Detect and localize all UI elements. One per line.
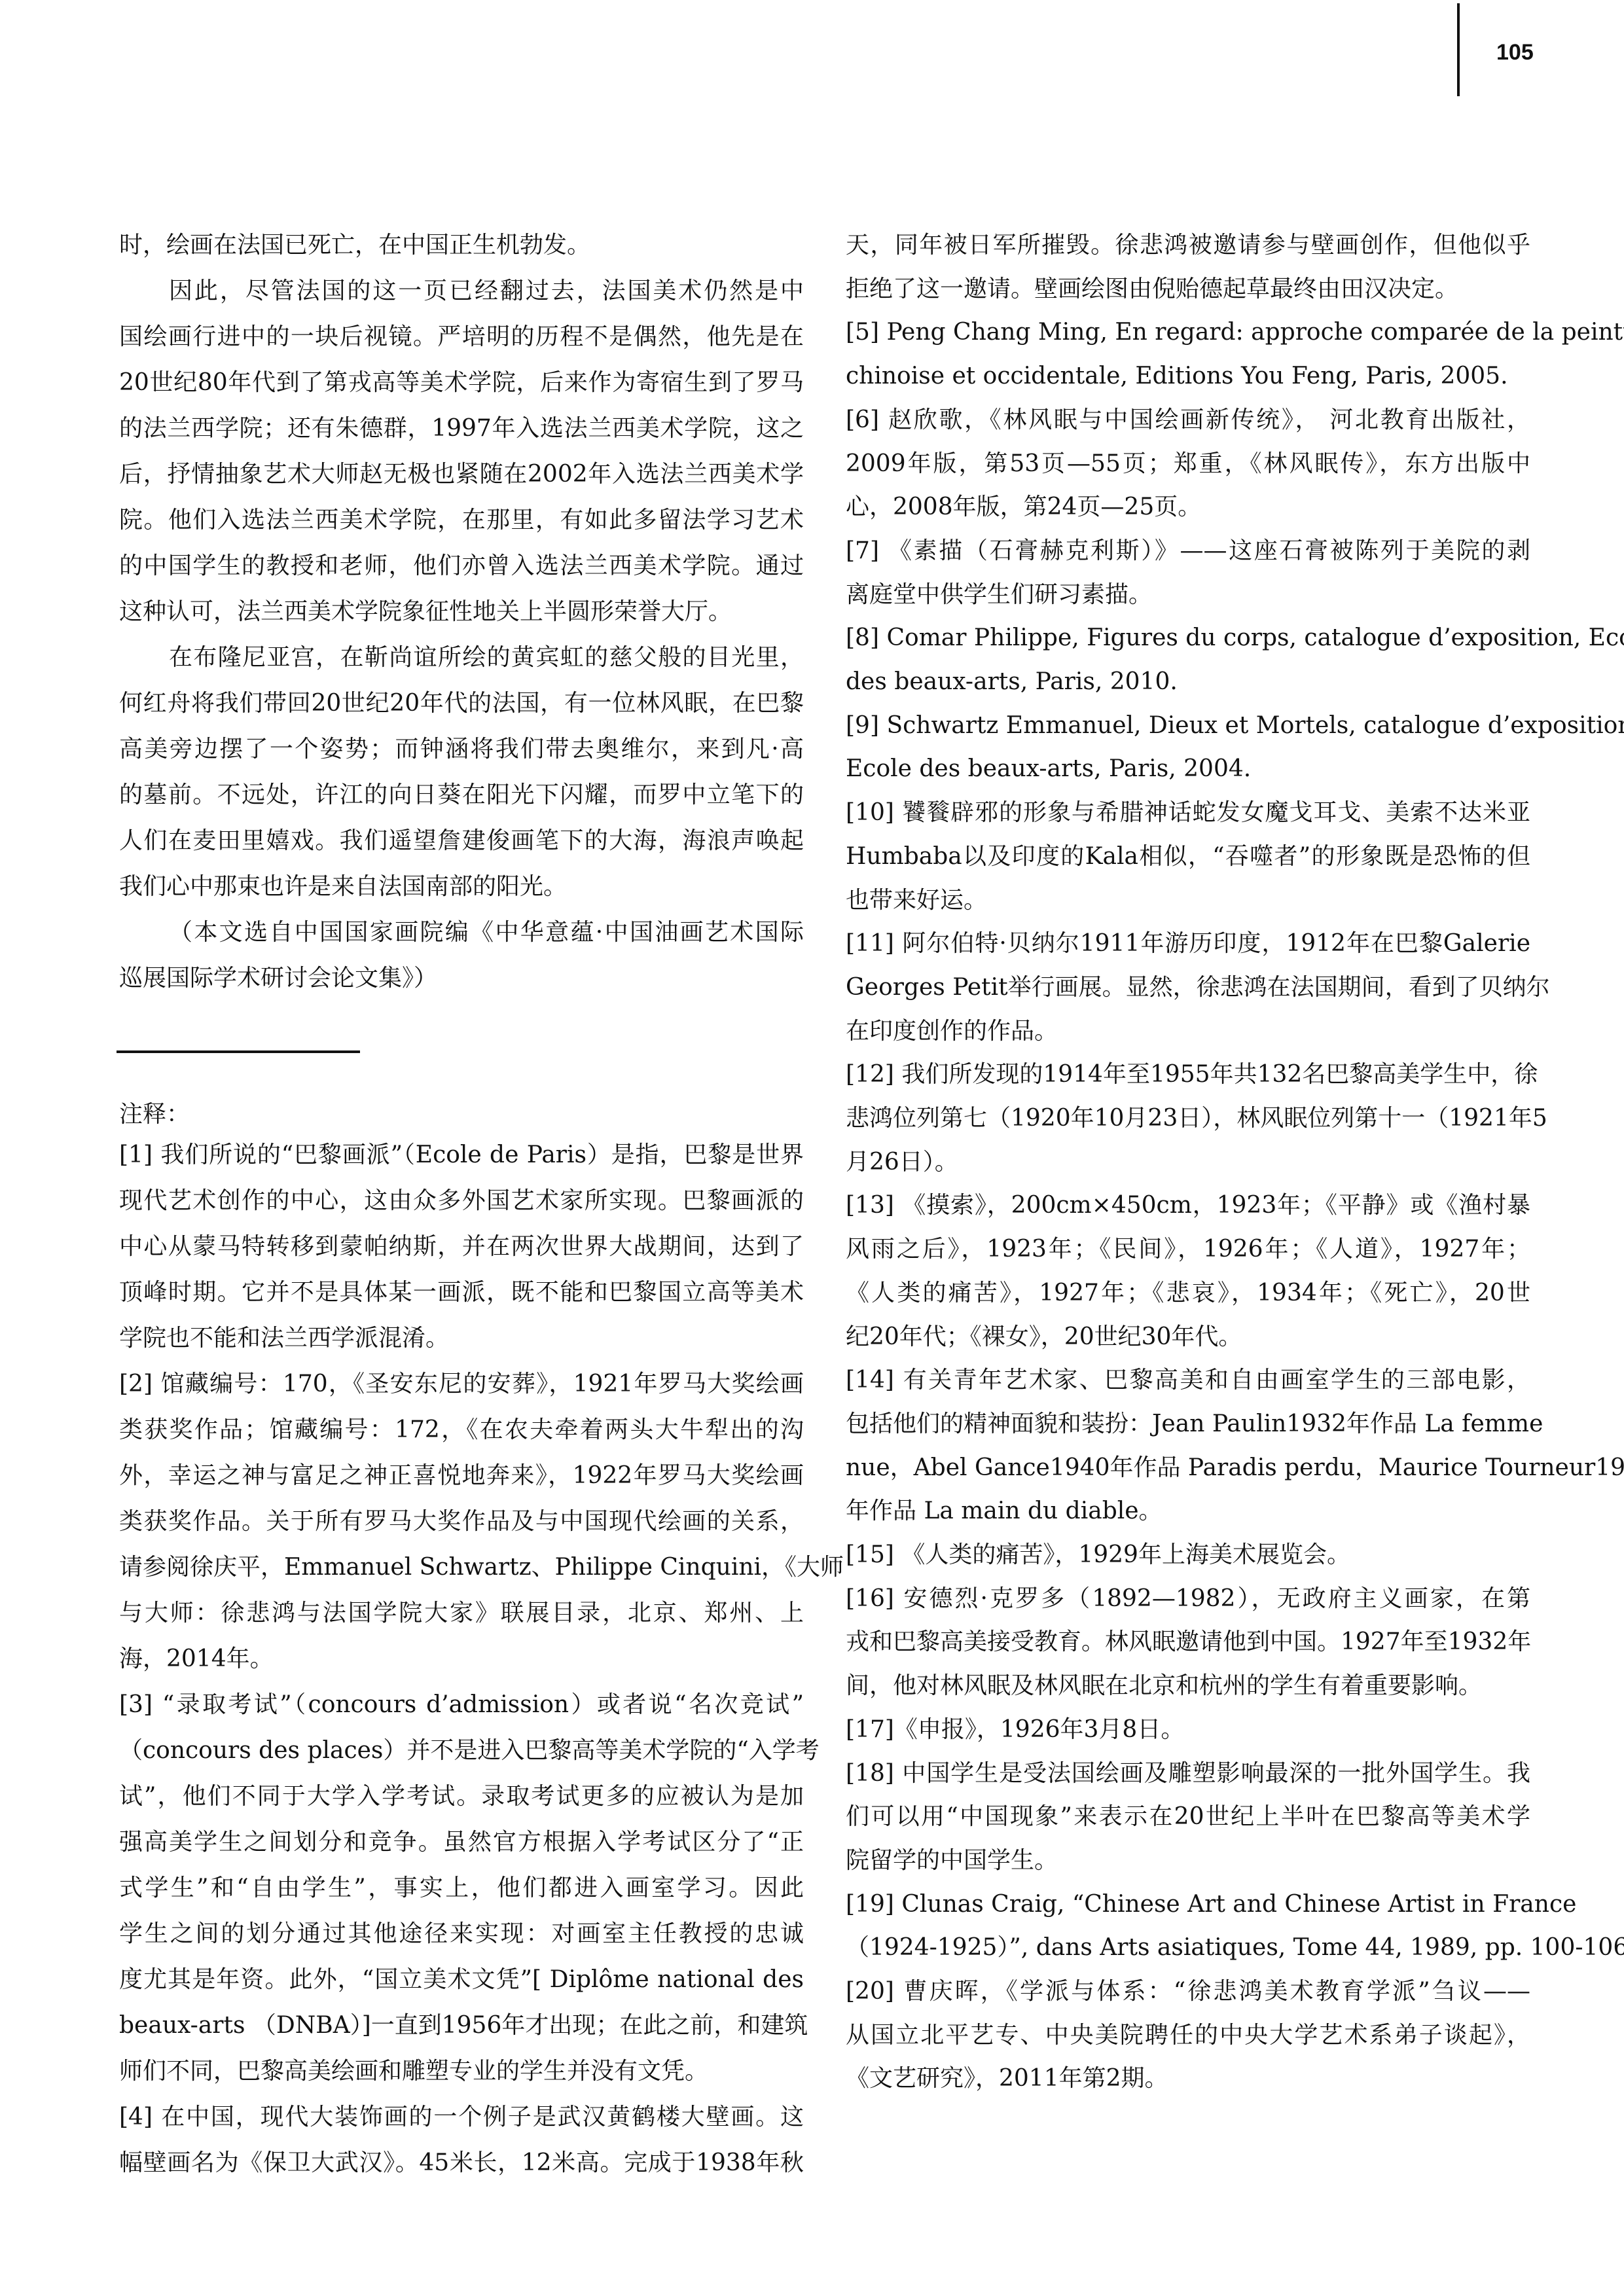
footnote-line: [10] 饕餮辟邪的形象与希腊神话蛇发女魔戈耳戈、美索不达米亚 <box>846 797 1530 836</box>
footnote-line: 心，2008年版，第24页—25页。 <box>846 491 1530 530</box>
body-text-line: 高美旁边摆了一个姿势；而钟涵将我们带去奥维尔，来到凡·高 <box>119 733 804 772</box>
footnote-line: beaux-arts （DNBA）]一直到1956年才出现；在此之前，和建筑 <box>119 2009 804 2049</box>
body-text-line: 因此，尽管法国的这一页已经翻过去，法国美术仍然是中 <box>119 275 804 314</box>
body-text-line: 20世纪80年代到了第戎高等美术学院，后来作为寄宿生到了罗马 <box>119 367 804 406</box>
footnote-line: [9] Schwartz Emmanuel, Dieux et Mortels,… <box>846 709 1530 749</box>
footnote-line: 请参阅徐庆平，Emmanuel Schwartz、Philippe Cinqui… <box>119 1551 804 1590</box>
body-text-line: 后，抒情抽象艺术大师赵无极也紧随在2002年入选法兰西美术学 <box>119 458 804 497</box>
footnote-line: des beaux-arts, Paris, 2010. <box>846 666 1530 705</box>
footnote-line: 风雨之后》，1923年；《民间》，1926年；《人道》，1927年； <box>846 1233 1530 1272</box>
footnote-line: 式学生”和“自由学生”，事实上，他们都进入画室学习。因此 <box>119 1872 804 1911</box>
body-text-line: （本文选自中国国家画院编《中华意蕴·中国油画艺术国际 <box>119 916 804 956</box>
footnote-line: 师们不同，巴黎高美绘画和雕塑专业的学生并没有文凭。 <box>119 2055 804 2094</box>
footnote-line: 拒绝了这一邀请。壁画绘图由倪贻德起草最终由田汉决定。 <box>846 273 1530 312</box>
body-text-line: 巡展国际学术研讨会论文集》） <box>119 962 804 1001</box>
footnote-line: chinoise et occidentale, Editions You Fe… <box>846 360 1530 399</box>
footnote-line: Ecole des beaux-arts, Paris, 2004. <box>846 753 1530 792</box>
footnote-line: [18] 中国学生是受法国绘画及雕塑影响最深的一批外国学生。我 <box>846 1757 1530 1797</box>
footnote-separator <box>117 1050 360 1053</box>
footnote-line: [16] 安德烈·克罗多（1892—1982），无政府主义画家，在第 <box>846 1583 1530 1622</box>
footnote-line: 顶峰时期。它并不是具体某一画派，既不能和巴黎国立高等美术 <box>119 1276 804 1316</box>
header-vertical-rule <box>1457 3 1460 96</box>
footnote-line: 包括他们的精神面貌和装扮：Jean Paulin1932年作品 La femme <box>846 1408 1530 1447</box>
footnote-line: [7] 《素描（石膏赫克利斯）》——这座石膏被陈列于美院的剥 <box>846 535 1530 574</box>
footnote-line: 《人类的痛苦》，1927年；《悲哀》，1934年；《死亡》，20世 <box>846 1277 1530 1316</box>
body-text-line: 国绘画行进中的一块后视镜。严培明的历程不是偶然，他先是在 <box>119 321 804 360</box>
footnote-line: [20] 曹庆晖，《学派与体系：“徐悲鸿美术教育学派”刍议—— <box>846 1975 1530 2015</box>
footnote-line: 从国立北平艺专、中央美院聘任的中央大学艺术系弟子谈起》， <box>846 2019 1530 2058</box>
footnote-line: 海，2014年。 <box>119 1643 804 1682</box>
body-text-line: 这种认可，法兰西美术学院象征性地关上半圆形荣誉大厅。 <box>119 596 804 635</box>
footnote-line: [14] 有关青年艺术家、巴黎高美和自由画室学生的三部电影， <box>846 1364 1530 1403</box>
footnote-line: [17]《申报》，1926年3月8日。 <box>846 1713 1530 1753</box>
footnote-line: 与大师：徐悲鸿与法国学院大家》联展目录，北京、郑州、上 <box>119 1597 804 1636</box>
footnote-line: 强高美学生之间划分和竞争。虽然官方根据入学考试区分了“正 <box>119 1826 804 1865</box>
footnote-line: 外，幸运之神与富足之神正喜悦地奔来》，1922年罗马大奖绘画 <box>119 1460 804 1499</box>
footnote-line: 幅壁画名为《保卫大武汉》。45米长，12米高。完成于1938年秋 <box>119 2147 804 2186</box>
body-text-line: 的中国学生的教授和老师，他们亦曾入选法兰西美术学院。通过 <box>119 550 804 589</box>
footnote-line: [11] 阿尔伯特·贝纳尔1911年游历印度，1912年在巴黎Galerie <box>846 927 1530 967</box>
footnote-line: 天，同年被日军所摧毁。徐悲鸿被邀请参与壁画创作，但他似乎 <box>846 229 1530 268</box>
body-text-line: 院。他们入选法兰西美术学院，在那里，有如此多留法学习艺术 <box>119 504 804 543</box>
body-text-line: 我们心中那束也许是来自法国南部的阳光。 <box>119 870 804 910</box>
footnote-line: [8] Comar Philippe, Figures du corps, ca… <box>846 622 1530 661</box>
footnote-line: nue，Abel Gance1940年作品 Paradis perdu，Maur… <box>846 1452 1530 1491</box>
footnote-line: 院留学的中国学生。 <box>846 1844 1530 1884</box>
footnote-line: [5] Peng Chang Ming, En regard: approche… <box>846 316 1530 355</box>
footnote-line: 间，他对林风眠及林风眠在北京和杭州的学生有着重要影响。 <box>846 1670 1530 1709</box>
footnote-line: 纪20年代；《裸女》，20世纪30年代。 <box>846 1321 1530 1360</box>
footnote-line: [1] 我们所说的“巴黎画派”（Ecole de Paris）是指，巴黎是世界 <box>119 1139 804 1178</box>
footnote-line: 们可以用“中国现象”来表示在20世纪上半叶在巴黎高等美术学 <box>846 1801 1530 1840</box>
document-page: 105 时，绘画在法国已死亡，在中国正生机勃发。因此，尽管法国的这一页已经翻过去… <box>0 0 1624 2296</box>
notes-heading: 注释： <box>119 1098 804 1138</box>
footnote-line: 类获奖作品。关于所有罗马大奖作品及与中国现代绘画的关系， <box>119 1505 804 1545</box>
footnote-line: 学院也不能和法兰西学派混淆。 <box>119 1322 804 1361</box>
footnote-line: 学生之间的划分通过其他途径来实现：对画室主任教授的忠诚 <box>119 1918 804 1957</box>
footnote-line: 2009年版，第53页—55页；郑重，《林风眠传》，东方出版中 <box>846 448 1530 487</box>
page-number: 105 <box>1496 39 1534 65</box>
body-text-line: 的墓前。不远处，许江的向日葵在阳光下闪耀，而罗中立笔下的 <box>119 779 804 818</box>
body-text-line: 何红舟将我们带回20世纪20年代的法国，有一位林风眠，在巴黎 <box>119 687 804 726</box>
footnote-line: 现代艺术创作的中心，这由众多外国艺术家所实现。巴黎画派的 <box>119 1185 804 1224</box>
footnote-line: [13] 《摸索》，200cm×450cm，1923年；《平静》或《渔村暴 <box>846 1189 1530 1229</box>
footnote-line: [15] 《人类的痛苦》，1929年上海美术展览会。 <box>846 1539 1530 1578</box>
footnote-line: Georges Petit举行画展。显然，徐悲鸿在法国期间，看到了贝纳尔 <box>846 971 1530 1011</box>
footnote-line: 《文艺研究》，2011年第2期。 <box>846 2062 1530 2102</box>
footnote-line: 在印度创作的作品。 <box>846 1015 1530 1054</box>
body-text-line: 人们在麦田里嬉戏。我们遥望詹建俊画笔下的大海，海浪声唤起 <box>119 825 804 864</box>
footnote-line: 也带来好运。 <box>846 884 1530 924</box>
footnote-line: [2] 馆藏编号：170，《圣安东尼的安葬》，1921年罗马大奖绘画 <box>119 1368 804 1407</box>
footnote-line: [4] 在中国，现代大装饰画的一个例子是武汉黄鹤楼大壁画。这 <box>119 2101 804 2140</box>
footnote-line: 类获奖作品；馆藏编号：172，《在农夫牵着两头大牛犁出的沟 <box>119 1414 804 1453</box>
footnote-line: [3] “录取考试”（concours d’admission）或者说“名次竞试… <box>119 1689 804 1728</box>
footnote-line: [19] Clunas Craig, “Chinese Art and Chin… <box>846 1888 1530 1928</box>
footnote-line: [12] 我们所发现的1914年至1955年共132名巴黎高美学生中，徐 <box>846 1058 1530 1098</box>
footnote-line: （1924-1925）”, dans Arts asiatiques, Tome… <box>846 1931 1530 1971</box>
footnote-line: 年作品 La main du diable。 <box>846 1495 1530 1534</box>
body-text-line: 时，绘画在法国已死亡，在中国正生机勃发。 <box>119 229 804 268</box>
footnote-line: Humbaba以及印度的Kala相似，“吞噬者”的形象既是恐怖的但 <box>846 840 1530 880</box>
footnote-line: 悲鸿位列第七（1920年10月23日），林风眠位列第十一（1921年5 <box>846 1102 1530 1141</box>
body-text-line: 的法兰西学院；还有朱德群，1997年入选法兰西美术学院，这之 <box>119 412 804 452</box>
body-text-line: 在布隆尼亚宫，在靳尚谊所绘的黄宾虹的慈父般的目光里， <box>119 641 804 681</box>
footnote-line: 离庭堂中供学生们研习素描。 <box>846 579 1530 618</box>
footnote-line: [6] 赵欣歌，《林风眠与中国绘画新传统》， 河北教育出版社， <box>846 404 1530 443</box>
footnote-line: 中心从蒙马特转移到蒙帕纳斯，并在两次世界大战期间，达到了 <box>119 1230 804 1270</box>
footnote-line: 度尤其是年资。此外，“国立美术文凭”[ Diplôme national des <box>119 1964 804 2003</box>
footnote-line: （concours des places）并不是进入巴黎高等美术学院的“入学考 <box>119 1734 804 1774</box>
footnote-line: 试”，他们不同于大学入学考试。录取考试更多的应被认为是加 <box>119 1780 804 1820</box>
footnote-line: 月26日）。 <box>846 1146 1530 1185</box>
footnote-line: 戎和巴黎高美接受教育。林风眠邀请他到中国。1927年至1932年 <box>846 1626 1530 1665</box>
